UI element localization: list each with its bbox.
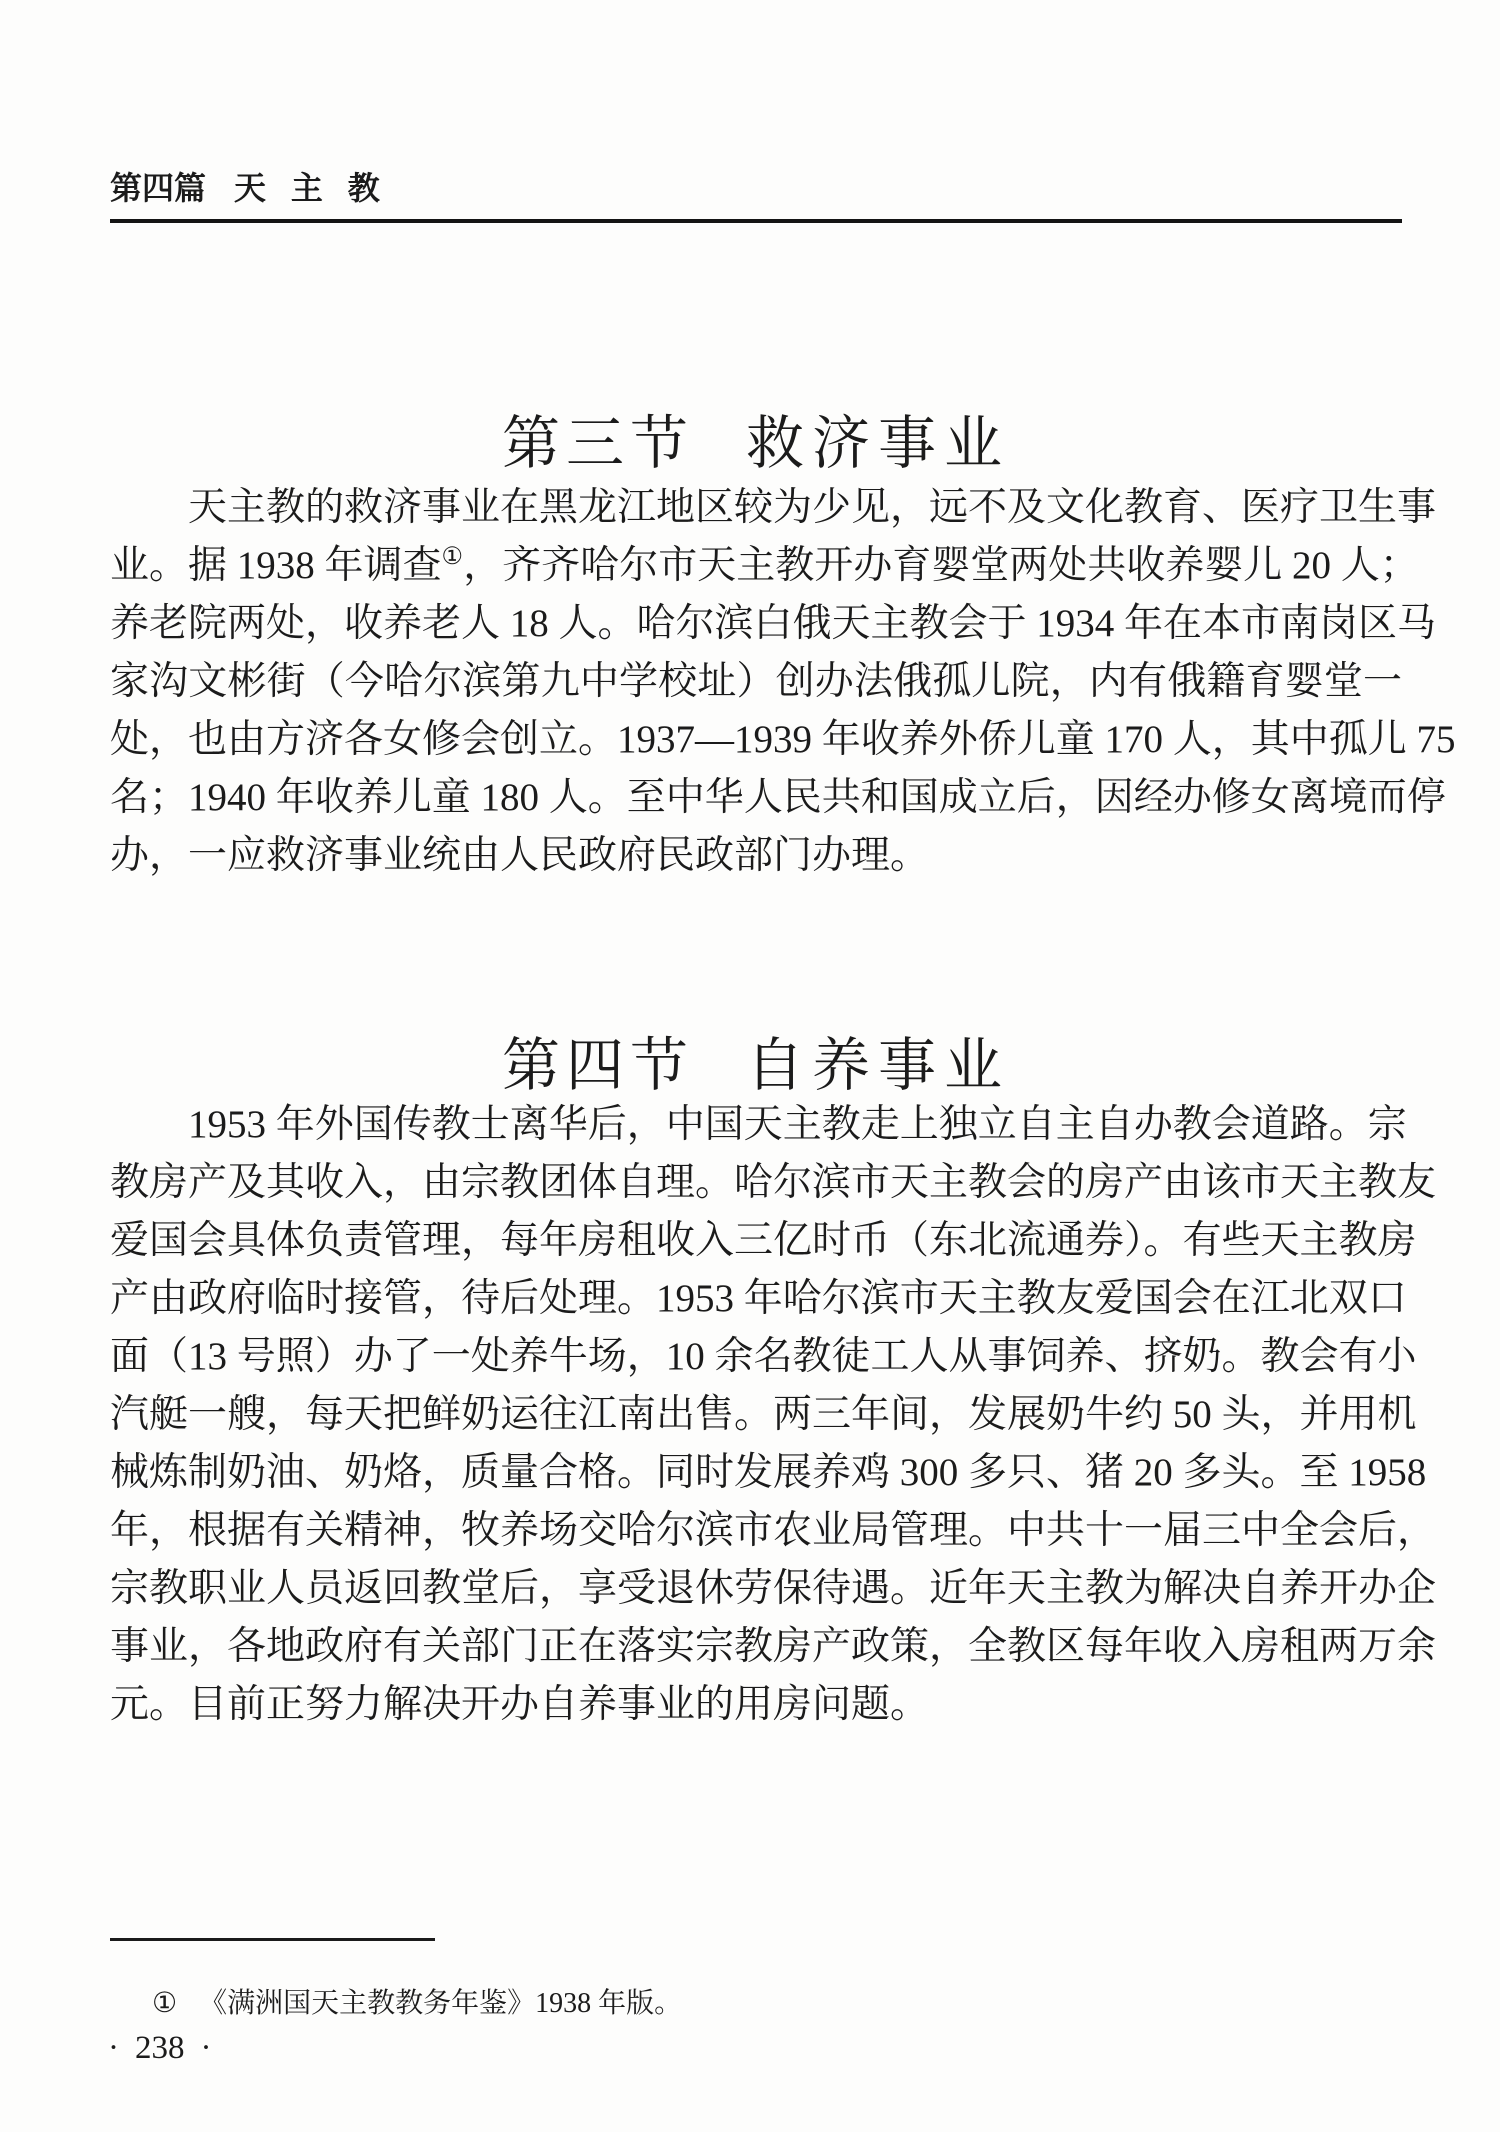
text-line: 家沟文彬街（今哈尔滨第九中学校址）创办法俄孤儿院，内有俄籍育婴堂一	[110, 653, 1402, 711]
running-head-title: 天 主 教	[234, 170, 380, 206]
footnote-reference-mark: ①	[442, 543, 464, 570]
book-page: 第四篇天 主 教 第三节救济事业 天主教的救济事业在黑龙江地区较为少见，远不及文…	[0, 0, 1500, 2132]
text-line: 汽艇一艘，每天把鲜奶运往江南出售。两三年间，发展奶牛约 50 头，并用机	[110, 1386, 1402, 1444]
text-line: 面（13 号照）办了一处养牛场，10 余名教徒工人从事饲养、挤奶。教会有小	[110, 1328, 1402, 1386]
text-line: 业。据 1938 年调查①，齐齐哈尔市天主教开办育婴堂两处共收养婴儿 20 人；	[110, 537, 1402, 595]
page-number-dot-right: ·	[201, 2030, 212, 2066]
text-line: 械炼制奶油、奶烙，质量合格。同时发展养鸡 300 多只、猪 20 多头。至 19…	[110, 1444, 1402, 1502]
section-number: 第四节	[502, 1033, 694, 1098]
footnote: ①《满洲国天主教教务年鉴》1938 年版。	[152, 1984, 682, 2024]
section-4-paragraph: 1953 年外国传教士离华后，中国天主教走上独立自主自办教会道路。宗教房产及其收…	[110, 1096, 1402, 1734]
section-title-3: 第三节救济事业	[110, 410, 1402, 478]
text-line: 产由政府临时接管，待后处理。1953 年哈尔滨市天主教友爱国会在江北双口	[110, 1270, 1402, 1328]
text-line: 养老院两处，收养老人 18 人。哈尔滨白俄天主教会于 1934 年在本市南岗区马	[110, 595, 1402, 653]
footnote-text: 《满洲国天主教教务年鉴》1938 年版。	[199, 1988, 682, 2019]
text-line: 名；1940 年收养儿童 180 人。至中华人民共和国成立后，因经办修女离境而停	[110, 769, 1402, 827]
page-number: ·238·	[108, 2026, 212, 2070]
text-line: 宗教职业人员返回教堂后，享受退休劳保待遇。近年天主教为解决自养开办企	[110, 1560, 1402, 1618]
header-rule	[110, 219, 1402, 223]
section-3-paragraph: 天主教的救济事业在黑龙江地区较为少见，远不及文化教育、医疗卫生事业。据 1938…	[110, 479, 1402, 885]
text-line: 处，也由方济各女修会创立。1937—1939 年收养外侨儿童 170 人，其中孤…	[110, 711, 1402, 769]
text-line: 事业，各地政府有关部门正在落实宗教房产政策，全教区每年收入房租两万余	[110, 1618, 1402, 1676]
text-line: 1953 年外国传教士离华后，中国天主教走上独立自主自办教会道路。宗	[110, 1096, 1402, 1154]
text-line: 办，一应救济事业统由人民政府民政部门办理。	[110, 827, 1402, 885]
running-head-part-label: 第四篇	[110, 170, 206, 206]
section-name: 救济事业	[746, 411, 1010, 476]
page-number-value: 238	[135, 2030, 185, 2066]
page-number-dot-left: ·	[108, 2030, 119, 2066]
section-name: 自养事业	[746, 1033, 1010, 1098]
text-line: 元。目前正努力解决开办自养事业的用房问题。	[110, 1676, 1402, 1734]
section-number: 第三节	[502, 411, 694, 476]
footnote-marker: ①	[152, 1988, 177, 2019]
text-line: 年，根据有关精神，牧养场交哈尔滨市农业局管理。中共十一届三中全会后，	[110, 1502, 1402, 1560]
text-line: 天主教的救济事业在黑龙江地区较为少见，远不及文化教育、医疗卫生事	[110, 479, 1402, 537]
footnote-separator-rule	[110, 1938, 435, 1941]
text-line: 教房产及其收入，由宗教团体自理。哈尔滨市天主教会的房产由该市天主教友	[110, 1154, 1402, 1212]
running-head: 第四篇天 主 教	[110, 168, 380, 208]
section-title-4: 第四节自养事业	[110, 1032, 1402, 1100]
text-line: 爱国会具体负责管理，每年房租收入三亿时币（东北流通券）。有些天主教房	[110, 1212, 1402, 1270]
